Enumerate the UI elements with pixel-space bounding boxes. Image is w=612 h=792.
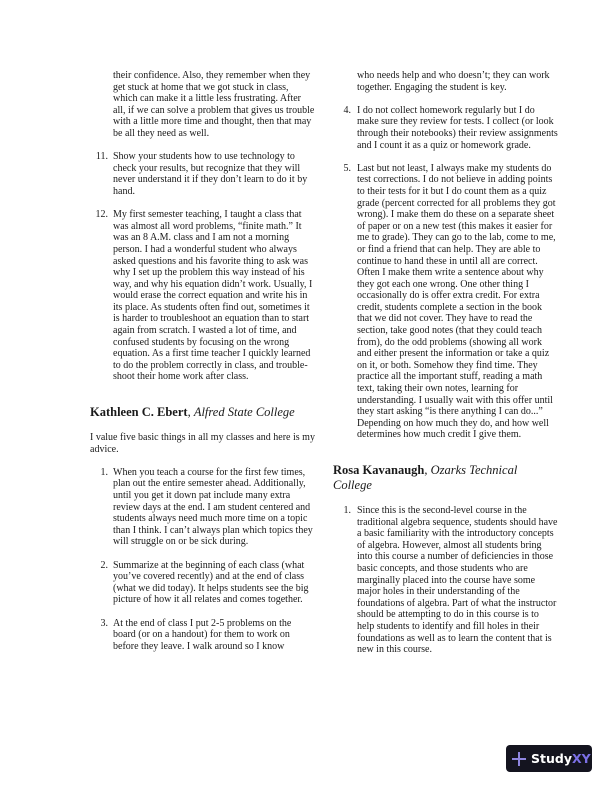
author-name: Rosa Kavanaugh — [333, 463, 424, 477]
list-item-4: 4. I do not collect homework regularly b… — [333, 105, 558, 151]
list-item-11: 11. Show your students how to use techno… — [90, 151, 315, 197]
list-item-1: 1. Since this is the second-level course… — [333, 505, 558, 656]
brand-accent: XY — [572, 753, 591, 765]
list-item-5: 5. Last but not least, I always make my … — [333, 163, 558, 441]
section-heading-ebert: Kathleen C. Ebert, Alfred State College — [90, 405, 315, 420]
list-text: My first semester teaching, I taught a c… — [113, 209, 312, 382]
list-item-3: 3. At the end of class I put 2-5 problem… — [90, 618, 315, 653]
list-text: I do not collect homework regularly but … — [357, 105, 558, 151]
list-number: 11. — [90, 151, 108, 163]
institution-name: Alfred State College — [194, 405, 295, 419]
right-column: who needs help and who doesn’t; they can… — [333, 70, 558, 667]
list-text: Show your students how to use technology… — [113, 151, 307, 197]
author-name: Kathleen C. Ebert — [90, 405, 188, 419]
plus-icon — [512, 752, 526, 766]
studyxy-watermark-badge[interactable]: StudyXY — [506, 745, 592, 772]
section-heading-kavanaugh: Rosa Kavanaugh, Ozarks Technical College — [333, 463, 558, 493]
list-text: When you teach a course for the first fe… — [113, 467, 313, 548]
list-item-12: 12. My first semester teaching, I taught… — [90, 209, 315, 383]
list-text: At the end of class I put 2-5 problems o… — [113, 618, 291, 652]
section-intro: I value five basic things in all my clas… — [90, 432, 315, 455]
list-text: Summarize at the beginning of each class… — [113, 560, 309, 606]
list-number: 1. — [90, 467, 108, 479]
list-number: 12. — [90, 209, 108, 221]
list-number: 4. — [333, 105, 351, 117]
list-number: 1. — [333, 505, 351, 517]
brand-main: Study — [531, 753, 572, 765]
left-column: their confidence. Also, they remember wh… — [90, 70, 315, 664]
list-number: 5. — [333, 163, 351, 175]
list-number: 3. — [90, 618, 108, 630]
list-item-1: 1. When you teach a course for the first… — [90, 467, 315, 548]
list-item-2: 2. Summarize at the beginning of each cl… — [90, 560, 315, 606]
list-text: Since this is the second-level course in… — [357, 505, 558, 655]
continued-paragraph: their confidence. Also, they remember wh… — [90, 70, 315, 140]
list-number: 2. — [90, 560, 108, 572]
continued-paragraph: who needs help and who doesn’t; they can… — [333, 70, 558, 93]
list-text: Last but not least, I always make my stu… — [357, 163, 556, 441]
